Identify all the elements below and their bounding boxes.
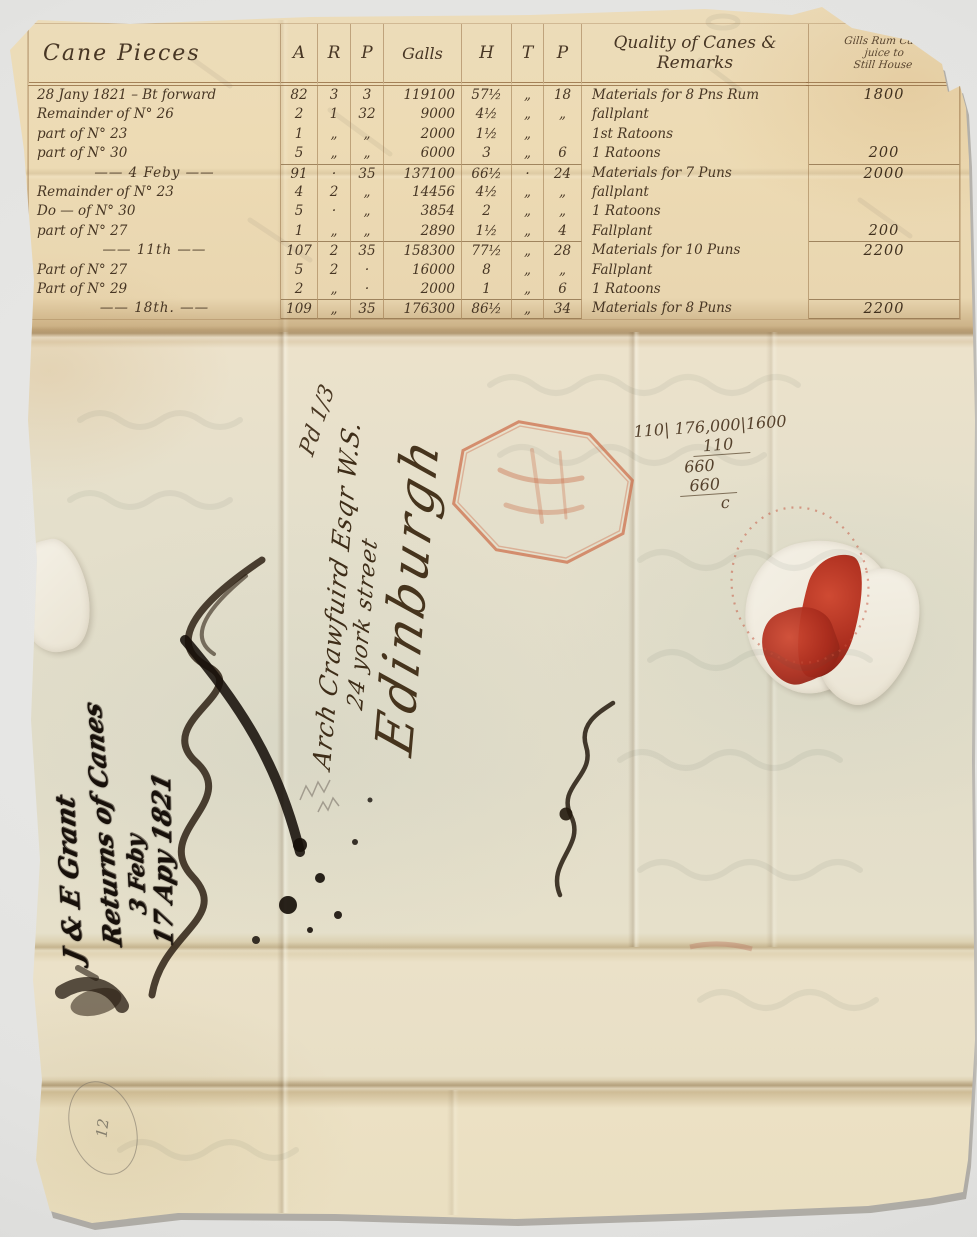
archival-number-mark: 12	[57, 1072, 149, 1184]
cell-p2: 6	[544, 144, 582, 163]
cell-t: „	[512, 144, 544, 163]
col-header-cane-pieces: Cane Pieces	[28, 24, 281, 86]
cell-cane-piece: part of N° 30	[28, 144, 281, 163]
fold-crease-horizontal-top	[0, 326, 977, 342]
gills-header-line2: juice to	[864, 47, 905, 59]
cell-perches: 35	[351, 164, 384, 183]
cell-roods: ·	[318, 202, 351, 221]
cell-perches: „	[351, 183, 384, 202]
cell-perches: 3	[351, 86, 384, 105]
archival-number: 12	[93, 1117, 113, 1138]
cell-quality-remark: 1 Ratoons	[582, 144, 809, 163]
cell-cane-piece: part of N° 27	[28, 222, 281, 241]
cell-acres: 1	[281, 222, 318, 241]
cell-quality-remark: 1 Ratoons	[582, 202, 809, 221]
cell-h: 77½	[462, 241, 512, 260]
cell-perches: „	[351, 125, 384, 144]
cell-acres: 107	[281, 241, 318, 260]
cell-gills-still-house	[809, 105, 960, 124]
cell-acres: 5	[281, 144, 318, 163]
cell-roods: „	[318, 222, 351, 241]
cell-h: 1	[462, 280, 512, 299]
cell-galls: 3854	[384, 202, 462, 221]
cell-h: 66½	[462, 164, 512, 183]
cell-gills-still-house	[809, 183, 960, 202]
cell-h: 2	[462, 202, 512, 221]
cell-gills-still-house: 200	[809, 222, 960, 241]
cell-t: „	[512, 105, 544, 124]
cell-cane-piece: Part of N° 27	[28, 261, 281, 280]
cell-perches: 35	[351, 299, 384, 318]
cell-p2: 18	[544, 86, 582, 105]
col-header-quality-remarks: Quality of Canes & Remarks	[582, 24, 809, 86]
postage-rate-note: Pd 1/3	[295, 381, 339, 461]
cell-cane-piece: Do — of N° 30	[28, 202, 281, 221]
cell-p2: „	[544, 261, 582, 280]
cell-t: „	[512, 222, 544, 241]
cell-h: 1½	[462, 222, 512, 241]
cell-p2: 6	[544, 280, 582, 299]
cell-perches: 35	[351, 241, 384, 260]
cell-acres: 2	[281, 105, 318, 124]
ink-smudge-bottom-left	[62, 968, 124, 1021]
col-header-acres: A	[281, 24, 318, 86]
cane-returns-table: Cane Pieces A R P Galls H T P Quality of…	[28, 24, 960, 319]
letter-paper: Cane Pieces A R P Galls H T P Quality of…	[0, 0, 977, 1237]
cell-gills-still-house: 200	[809, 144, 960, 163]
cell-acres: 1	[281, 125, 318, 144]
division-working: 110| 176,000|1600 110 660 660 c	[633, 406, 869, 518]
cell-h: 4½	[462, 183, 512, 202]
cell-quality-remark: Fallplant	[582, 222, 809, 241]
col-header-t: T	[512, 24, 544, 86]
cell-gills-still-house: 2200	[809, 241, 960, 260]
fold-crease-vertical-left	[277, 332, 289, 1213]
address-block: Arch Crawfuird Esqr W.S. 24 york street …	[307, 343, 534, 788]
scanned-letter-page: Cane Pieces A R P Galls H T P Quality of…	[0, 0, 977, 1237]
cell-t: „	[512, 299, 544, 318]
cell-p2: 34	[544, 299, 582, 318]
cell-gills-still-house: 2000	[809, 164, 960, 183]
fold-crease-horizontal-bottom	[0, 1080, 977, 1092]
cell-gills-still-house: 1800	[809, 86, 960, 105]
cell-t: „	[512, 183, 544, 202]
cell-perches: „	[351, 202, 384, 221]
cell-galls: 119100	[384, 86, 462, 105]
gills-header-line1: Gills Rum Cane	[844, 35, 928, 47]
cell-quality-remark: 1 Ratoons	[582, 280, 809, 299]
cell-acres: 5	[281, 261, 318, 280]
cell-p2: 24	[544, 164, 582, 183]
cell-acres: 5	[281, 202, 318, 221]
cell-h: 4½	[462, 105, 512, 124]
col-header-gills-still-house: Gills Rum Cane juice to Still House	[806, 24, 964, 86]
cell-roods: ·	[318, 164, 351, 183]
cell-perches: „	[351, 144, 384, 163]
cell-galls: 137100	[384, 164, 462, 183]
cell-p2	[544, 125, 582, 144]
cell-p2: 28	[544, 241, 582, 260]
cell-quality-remark: fallplant	[582, 183, 809, 202]
cell-acres: 91	[281, 164, 318, 183]
col-header-roods: R	[318, 24, 351, 86]
cell-acres: 4	[281, 183, 318, 202]
docket-note: J & E Grant Returns of Canes 3 Feby 17 A…	[41, 596, 240, 965]
cell-roods: 2	[318, 241, 351, 260]
cell-roods: 3	[318, 86, 351, 105]
cell-perches: ·	[351, 280, 384, 299]
cell-roods: „	[318, 299, 351, 318]
cell-galls: 2000	[384, 125, 462, 144]
cell-gills-still-house	[809, 125, 960, 144]
cell-quality-remark: Fallplant	[582, 261, 809, 280]
cell-t: „	[512, 261, 544, 280]
cell-roods: 2	[318, 261, 351, 280]
cell-cane-piece: Part of N° 29	[28, 280, 281, 299]
cell-t: „	[512, 241, 544, 260]
cell-t: „	[512, 86, 544, 105]
cell-acres: 2	[281, 280, 318, 299]
cell-quality-remark: Materials for 10 Puns	[582, 241, 809, 260]
cell-quality-remark: fallplant	[582, 105, 809, 124]
cell-quality-remark: 1st Ratoons	[582, 125, 809, 144]
cell-acres: 82	[281, 86, 318, 105]
cell-gills-still-house	[809, 202, 960, 221]
cell-cane-piece: —— 4 Feby ——	[28, 164, 281, 183]
cell-galls: 16000	[384, 261, 462, 280]
cell-galls: 176300	[384, 299, 462, 318]
cell-galls: 9000	[384, 105, 462, 124]
cell-perches: 32	[351, 105, 384, 124]
cell-roods: „	[318, 125, 351, 144]
cell-p2: „	[544, 183, 582, 202]
cell-roods: „	[318, 144, 351, 163]
cell-gills-still-house: 2200	[809, 299, 960, 318]
cell-p2: 4	[544, 222, 582, 241]
cell-t: „	[512, 125, 544, 144]
cell-gills-still-house	[809, 261, 960, 280]
cell-cane-piece: part of N° 23	[28, 125, 281, 144]
cell-perches: ·	[351, 261, 384, 280]
cell-galls: 14456	[384, 183, 462, 202]
cell-quality-remark: Materials for 8 Puns	[582, 299, 809, 318]
cell-cane-piece: Remainder of N° 23	[28, 183, 281, 202]
cell-quality-remark: Materials for 7 Puns	[582, 164, 809, 183]
gills-header-line3: Still House	[853, 59, 913, 71]
cell-t: „	[512, 280, 544, 299]
cell-cane-piece: Remainder of N° 26	[28, 105, 281, 124]
cell-roods: 2	[318, 183, 351, 202]
cell-t: „	[512, 202, 544, 221]
col-header-galls: Galls	[384, 24, 462, 86]
cell-p2: „	[544, 202, 582, 221]
cell-t: ·	[512, 164, 544, 183]
cell-acres: 109	[281, 299, 318, 318]
cell-galls: 2890	[384, 222, 462, 241]
cell-cane-piece: —— 18th. ——	[28, 299, 281, 318]
cell-cane-piece: 28 Jany 1821 – Bt forward	[28, 86, 281, 105]
cell-galls: 6000	[384, 144, 462, 163]
fold-crease-vertical-bottom	[447, 1090, 459, 1215]
cell-galls: 158300	[384, 241, 462, 260]
docket-date2: 17 Apy 1821	[143, 597, 178, 949]
col-header-h: H	[462, 24, 512, 86]
cell-h: 57½	[462, 86, 512, 105]
cell-gills-still-house	[809, 280, 960, 299]
col-header-p2: P	[544, 24, 582, 86]
ink-scribble-note	[557, 703, 613, 895]
cell-quality-remark: Materials for 8 Pns Rum	[582, 86, 809, 105]
cell-h: 8	[462, 261, 512, 280]
cell-h: 1½	[462, 125, 512, 144]
cell-h: 86½	[462, 299, 512, 318]
cell-p2: „	[544, 105, 582, 124]
cell-perches: „	[351, 222, 384, 241]
faint-pencil-note	[300, 780, 339, 812]
cell-roods: 1	[318, 105, 351, 124]
cell-cane-piece: —— 11th ——	[28, 241, 281, 260]
cell-roods: „	[318, 280, 351, 299]
cell-h: 3	[462, 144, 512, 163]
cell-galls: 2000	[384, 280, 462, 299]
col-header-perches: P	[351, 24, 384, 86]
